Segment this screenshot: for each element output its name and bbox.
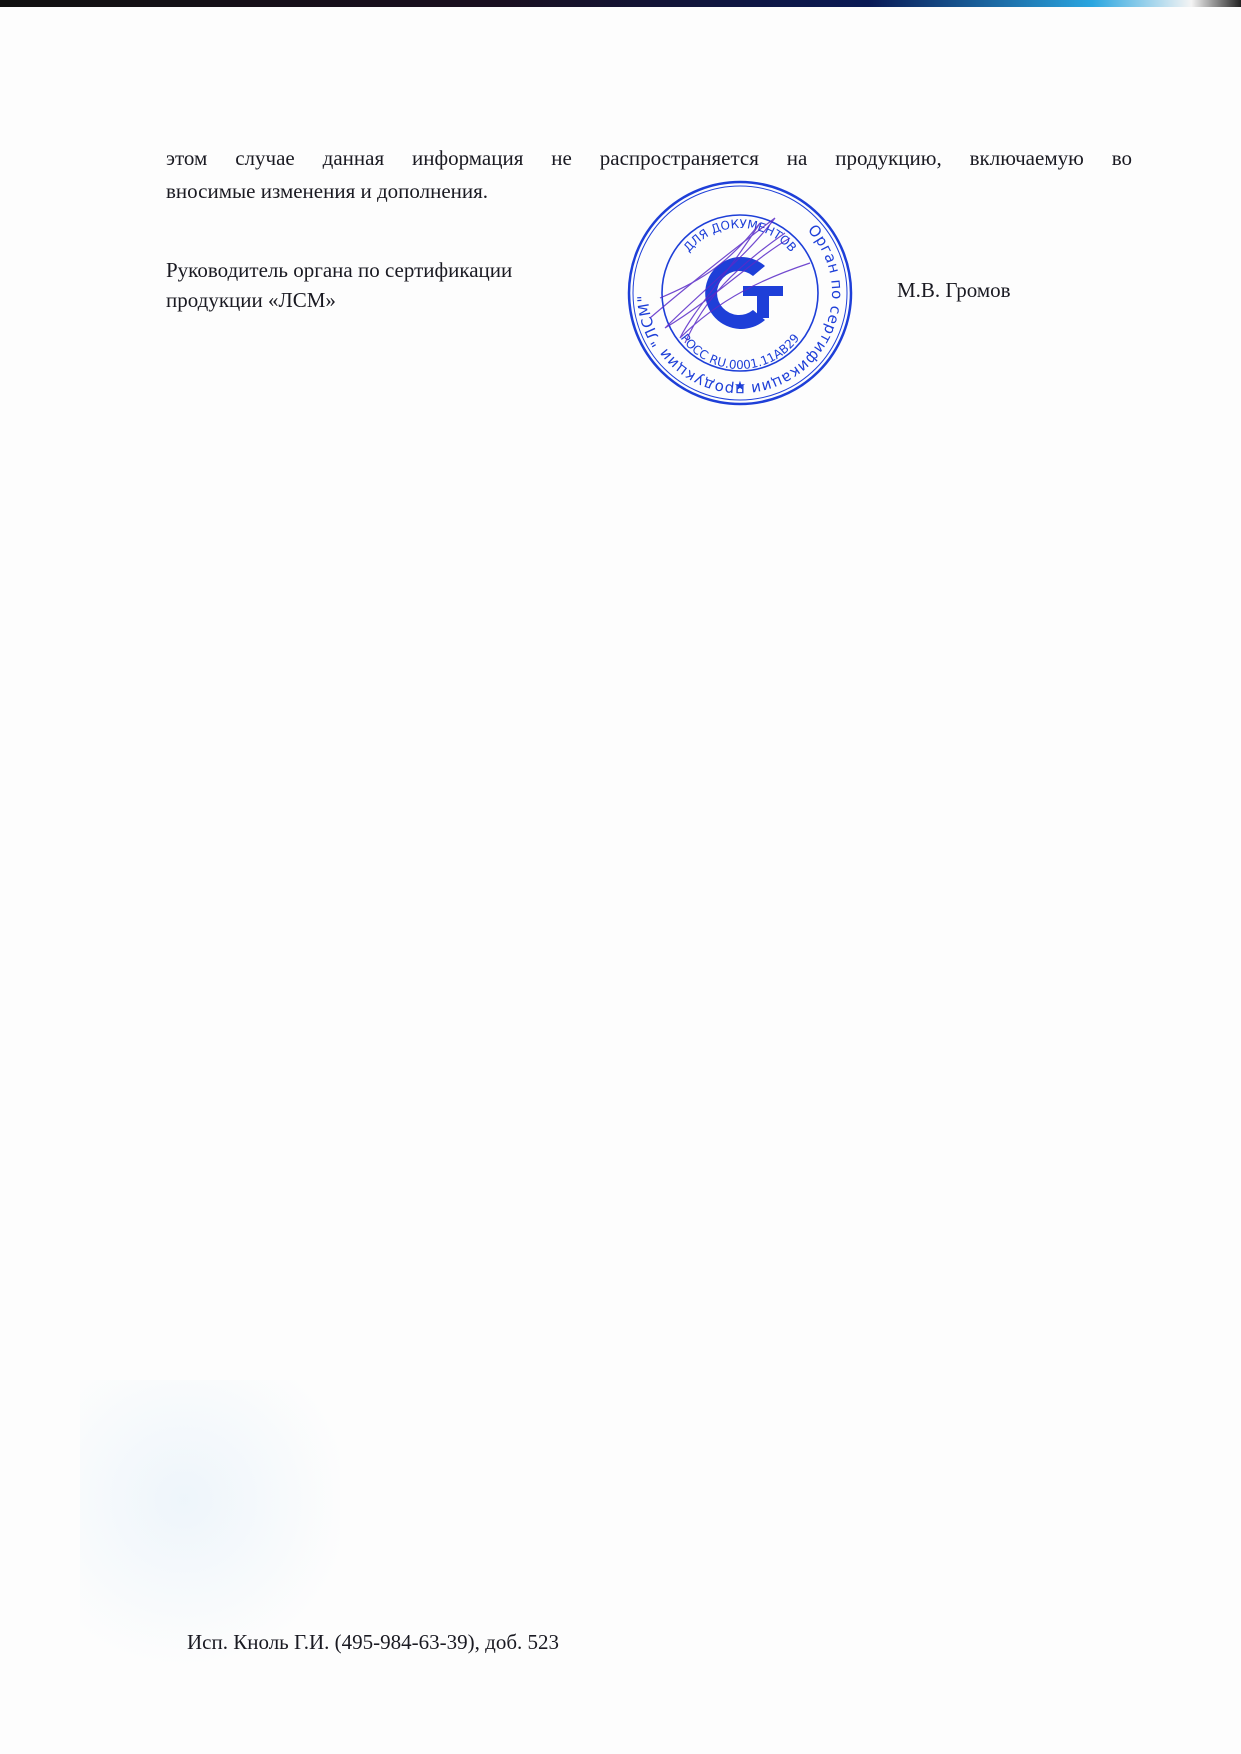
star-icon: ★ <box>734 379 746 394</box>
signer-title-line-2: продукции «ЛСМ» <box>166 285 512 315</box>
signer-title: Руководитель органа по сертификации прод… <box>166 255 512 315</box>
stamp-bottom-text: РОСС RU.0001.11АВ29 <box>678 331 802 372</box>
executor-contact: Исп. Кноль Г.И. (495-984-63-39), доб. 52… <box>187 1630 559 1655</box>
scan-top-edge <box>0 0 1241 7</box>
certification-mark-icon <box>705 257 783 329</box>
paragraph-line-1: этом случае данная информация не распрос… <box>166 142 1132 175</box>
signer-name: М.В. Громов <box>897 278 1011 303</box>
official-stamp: Орган по сертификации продукции "ЛСМ" ОО… <box>625 178 855 408</box>
signer-title-line-1: Руководитель органа по сертификации <box>166 255 512 285</box>
